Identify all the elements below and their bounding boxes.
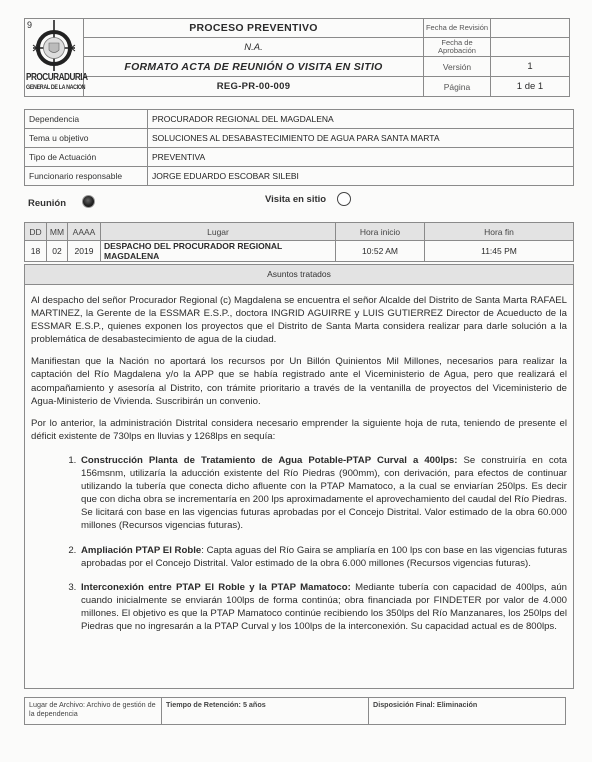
meta-label-approval: Fecha de Aprobación <box>424 38 491 57</box>
meta-label-version: Versión <box>424 57 491 77</box>
info-value: JORGE EDUARDO ESCOBAR SILEBI <box>148 167 574 186</box>
info-row: Tema u objetivo SOLUCIONES AL DESABASTEC… <box>25 129 574 148</box>
footer-table: Lugar de Archivo: Archivo de gestión de … <box>24 697 566 725</box>
footer-tiempo-retencion: Tiempo de Retención: 5 años <box>162 698 369 725</box>
col-dd: DD <box>25 223 47 241</box>
process-title: PROCESO PREVENTIVO <box>84 19 424 38</box>
roadmap-item-title: Construcción Planta de Tratamiento de Ag… <box>81 455 457 466</box>
meeting-dd: 18 <box>25 241 47 262</box>
info-value: SOLUCIONES AL DESABASTECIMIENTO DE AGUA … <box>148 129 574 148</box>
col-mm: MM <box>47 223 68 241</box>
roadmap-item-text: Se construiría en cota 156msnm, utilizar… <box>81 455 567 531</box>
footer-disposicion-final: Disposición Final: Eliminación <box>369 698 566 725</box>
asuntos-section: Asuntos tratados Al despacho del señor P… <box>24 264 574 689</box>
meta-value-revision <box>491 19 570 38</box>
col-hora-inicio: Hora inicio <box>336 223 425 241</box>
meta-value-approval <box>491 38 570 57</box>
visita-label: Visita en sitio <box>265 194 326 205</box>
roadmap-item: Ampliación PTAP El Roble: Capta aguas de… <box>79 544 567 570</box>
meeting-header-row: DD MM AAAA Lugar Hora inicio Hora fin <box>25 223 574 241</box>
meeting-table: DD MM AAAA Lugar Hora inicio Hora fin 18… <box>24 222 574 262</box>
asuntos-paragraph: Por lo anterior, la administración Distr… <box>31 417 567 443</box>
meta-label-page: Página <box>424 77 491 97</box>
meeting-row: 18 02 2019 DESPACHO DEL PROCURADOR REGIO… <box>25 241 574 262</box>
col-aaaa: AAAA <box>68 223 101 241</box>
meeting-aaaa: 2019 <box>68 241 101 262</box>
info-row: Funcionario responsable JORGE EDUARDO ES… <box>25 167 574 186</box>
document-header: 9 PROCURADURIA GENERAL DE LA NACION PROC… <box>24 18 570 97</box>
asuntos-title: Asuntos tratados <box>25 265 573 285</box>
format-code: REG-PR-00-009 <box>84 77 424 97</box>
footer-lugar-archivo: Lugar de Archivo: Archivo de gestión de … <box>25 698 162 725</box>
col-hora-fin: Hora fin <box>425 223 574 241</box>
reunion-label: Reunión <box>28 198 66 209</box>
meeting-hora-inicio: 10:52 AM <box>336 241 425 262</box>
meeting-mm: 02 <box>47 241 68 262</box>
reunion-radio[interactable] <box>82 195 95 208</box>
logo-title: PROCURADURIA <box>26 72 88 83</box>
info-table: Dependencia PROCURADOR REGIONAL DEL MAGD… <box>24 109 574 186</box>
info-value: PROCURADOR REGIONAL DEL MAGDALENA <box>148 110 574 129</box>
logo: 9 PROCURADURIA GENERAL DE LA NACION <box>25 19 84 97</box>
logo-subtitle: GENERAL DE LA NACION <box>26 84 85 91</box>
visita-radio[interactable] <box>337 192 351 206</box>
info-value: PREVENTIVA <box>148 148 574 167</box>
col-lugar: Lugar <box>101 223 336 241</box>
asuntos-paragraph: Al despacho del señor Procurador Regiona… <box>31 294 567 346</box>
procuraduria-crest-icon <box>31 20 77 72</box>
info-label: Tipo de Actuación <box>25 148 148 167</box>
meta-value-version: 1 <box>491 57 570 77</box>
subprocess: N.A. <box>84 38 424 57</box>
roadmap-item-title: Interconexión entre PTAP El Roble y la P… <box>81 582 351 593</box>
roadmap-item-title: Ampliación PTAP El Roble <box>81 545 201 556</box>
roadmap-list: Construcción Planta de Tratamiento de Ag… <box>31 454 567 633</box>
info-label: Tema u objetivo <box>25 129 148 148</box>
info-label: Funcionario responsable <box>25 167 148 186</box>
asuntos-paragraph: Manifiestan que la Nación no aportará lo… <box>31 355 567 407</box>
info-label: Dependencia <box>25 110 148 129</box>
format-title: FORMATO ACTA DE REUNIÓN O VISITA EN SITI… <box>84 57 424 77</box>
info-row: Dependencia PROCURADOR REGIONAL DEL MAGD… <box>25 110 574 129</box>
meeting-lugar: DESPACHO DEL PROCURADOR REGIONAL MAGDALE… <box>101 241 336 262</box>
roadmap-item: Interconexión entre PTAP El Roble y la P… <box>79 581 567 633</box>
meta-value-page: 1 de 1 <box>491 77 570 97</box>
meeting-hora-fin: 11:45 PM <box>425 241 574 262</box>
asuntos-body: Al despacho del señor Procurador Regiona… <box>25 294 573 633</box>
info-row: Tipo de Actuación PREVENTIVA <box>25 148 574 167</box>
roadmap-item: Construcción Planta de Tratamiento de Ag… <box>79 454 567 533</box>
meta-label-revision: Fecha de Revisión <box>424 19 491 38</box>
